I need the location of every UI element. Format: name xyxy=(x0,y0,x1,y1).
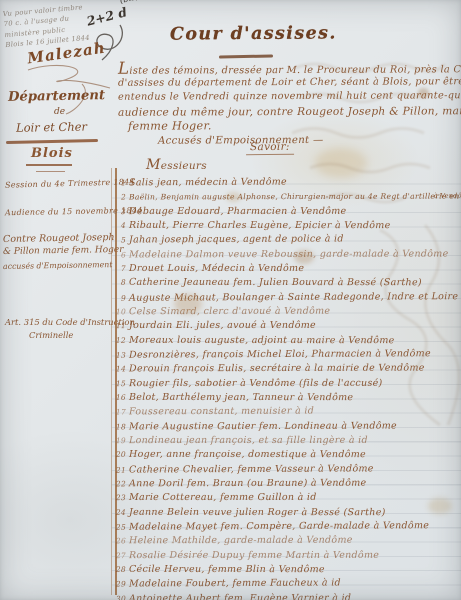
department-line: Département xyxy=(8,89,105,104)
paragraph-line: femme Hoger. xyxy=(128,118,460,134)
paragraph-line: audience du même jour, contre Rougeot Jo… xyxy=(118,104,460,120)
witness-row: 30Antoinette Aubert fem. Eugène Varnier … xyxy=(114,585,351,600)
witness-row: 11Jourdain Eli. jules, avoué à Vendôme xyxy=(114,313,316,327)
witness-list: 1Salis jean, médecin à Vendôme2Baëlin, B… xyxy=(114,170,461,600)
paragraph-line: Liste des témoins, dressée par M. le Pro… xyxy=(118,60,460,76)
place-underline-2 xyxy=(36,171,65,172)
title-rule xyxy=(219,54,273,58)
case-note: Contre Rougeot Joseph& Pillon marie fem.… xyxy=(3,232,115,272)
department-block: DépartementdeLoir et Cher xyxy=(8,90,105,134)
place-underline xyxy=(26,164,72,166)
witness-row: 23Marie Cottereau, femme Guillon à id xyxy=(114,485,317,499)
witness-row: 17Foussereau constant, menuisier à id xyxy=(114,399,314,414)
paragraph-line: d'assises du département de Loir et Cher… xyxy=(118,75,460,91)
witness-row: 19Londineau jean françois, et sa fille l… xyxy=(114,428,368,442)
place-label: Blois xyxy=(31,146,73,161)
witness-row: 14Derouin françois Eulis, secrétaire à l… xyxy=(114,356,425,371)
witness-row: 13Desronzières, françois Michel Eloi, Ph… xyxy=(114,341,431,357)
witness-row: 4Ribault, Pierre Charles Eugène, Epicier… xyxy=(114,213,391,227)
department-line: Loir et Cher xyxy=(16,120,105,135)
witness-row: 8Catherine Jeauneau fem. Julien Bouvard … xyxy=(114,270,422,284)
manuscript-page: Vu pour valoir timbre70 c. à l'usage dum… xyxy=(0,0,461,600)
witness-row: 10Celse Simard, clerc d'avoué à Vendôme xyxy=(114,299,330,314)
page-title: Cour d'assises. xyxy=(170,23,337,44)
folio-suffix-text: (bis) xyxy=(119,0,140,6)
department-rule xyxy=(6,139,98,144)
witness-row: 5Jahan joseph jacques, agent de police à… xyxy=(114,227,344,242)
margin-rule-outer xyxy=(111,168,112,595)
witness-row: 24Jeanne Belein veuve julien Roger à Bes… xyxy=(114,499,386,513)
witness-row: 9Auguste Michaut, Boulanger à Sainte Rad… xyxy=(114,284,458,300)
witness-row: 15Rougier fils, sabotier à Vendôme (fils… xyxy=(114,371,383,385)
witness-row: 21Catherine Chevalier, femme Vasseur à V… xyxy=(114,456,374,471)
witness-row: 6Madelaine Dalmon veuve Reboussin, garde… xyxy=(114,241,449,256)
witness-row: 1Salis jean, médecin à Vendôme xyxy=(114,170,287,185)
case-note-line: & Pillon marie fem. Hoger xyxy=(3,244,115,259)
paragraph-line: entendus le Vendredi quinze novembre mil… xyxy=(118,89,460,105)
witness-row: 26Heleine Mathilde, garde-malade à Vendô… xyxy=(114,528,353,543)
case-note-line: accusés d'Empoisonnement xyxy=(3,258,115,273)
witness-row: 2Baëlin, Benjamin auguste Alphonse, Chir… xyxy=(114,184,461,199)
witness-row: 16Belot, Barthélemy jean, Tanneur à Vend… xyxy=(114,385,353,399)
witness-text: Antoinette Aubert fem. Eugène Varnier à … xyxy=(129,592,351,600)
witness-row: 18Marie Augustine Gautier fem. Londineau… xyxy=(114,413,397,428)
witness-row: 3Debauge Edouard, Pharmacien à Vendôme xyxy=(114,199,346,213)
witness-row: 12Moreaux louis auguste, adjoint au mair… xyxy=(114,327,395,341)
witness-row: 29Madelaine Foubert, femme Faucheux à id xyxy=(114,571,341,586)
witness-row: 27Rosalie Désirée Dupuy femme Martin à V… xyxy=(114,543,379,557)
body-paragraph: Liste des témoins, dressée par M. le Pro… xyxy=(118,61,460,148)
witness-row: 20Hoger, anne françoise, domestique à Ve… xyxy=(114,442,366,456)
department-line: de xyxy=(54,106,105,119)
savoir-label: Savoir: xyxy=(246,141,294,155)
witness-row: 7Drouet Louis, Médecin à Vendôme xyxy=(114,256,304,270)
witness-row: 22Anne Doril fem. Braun (ou Braune) à Ve… xyxy=(114,471,366,486)
witness-row: 28Cécile Herveu, femme Blin à Vendôme xyxy=(114,557,325,571)
witness-row: 25Madelaine Mayet fem. Compère, Garde-ma… xyxy=(114,513,429,529)
witness-number: 30 xyxy=(114,594,126,600)
paragraph-line: Accusés d'Empoisonnement — xyxy=(158,133,460,149)
witness-text-wrap: à Vendôme xyxy=(434,192,461,200)
